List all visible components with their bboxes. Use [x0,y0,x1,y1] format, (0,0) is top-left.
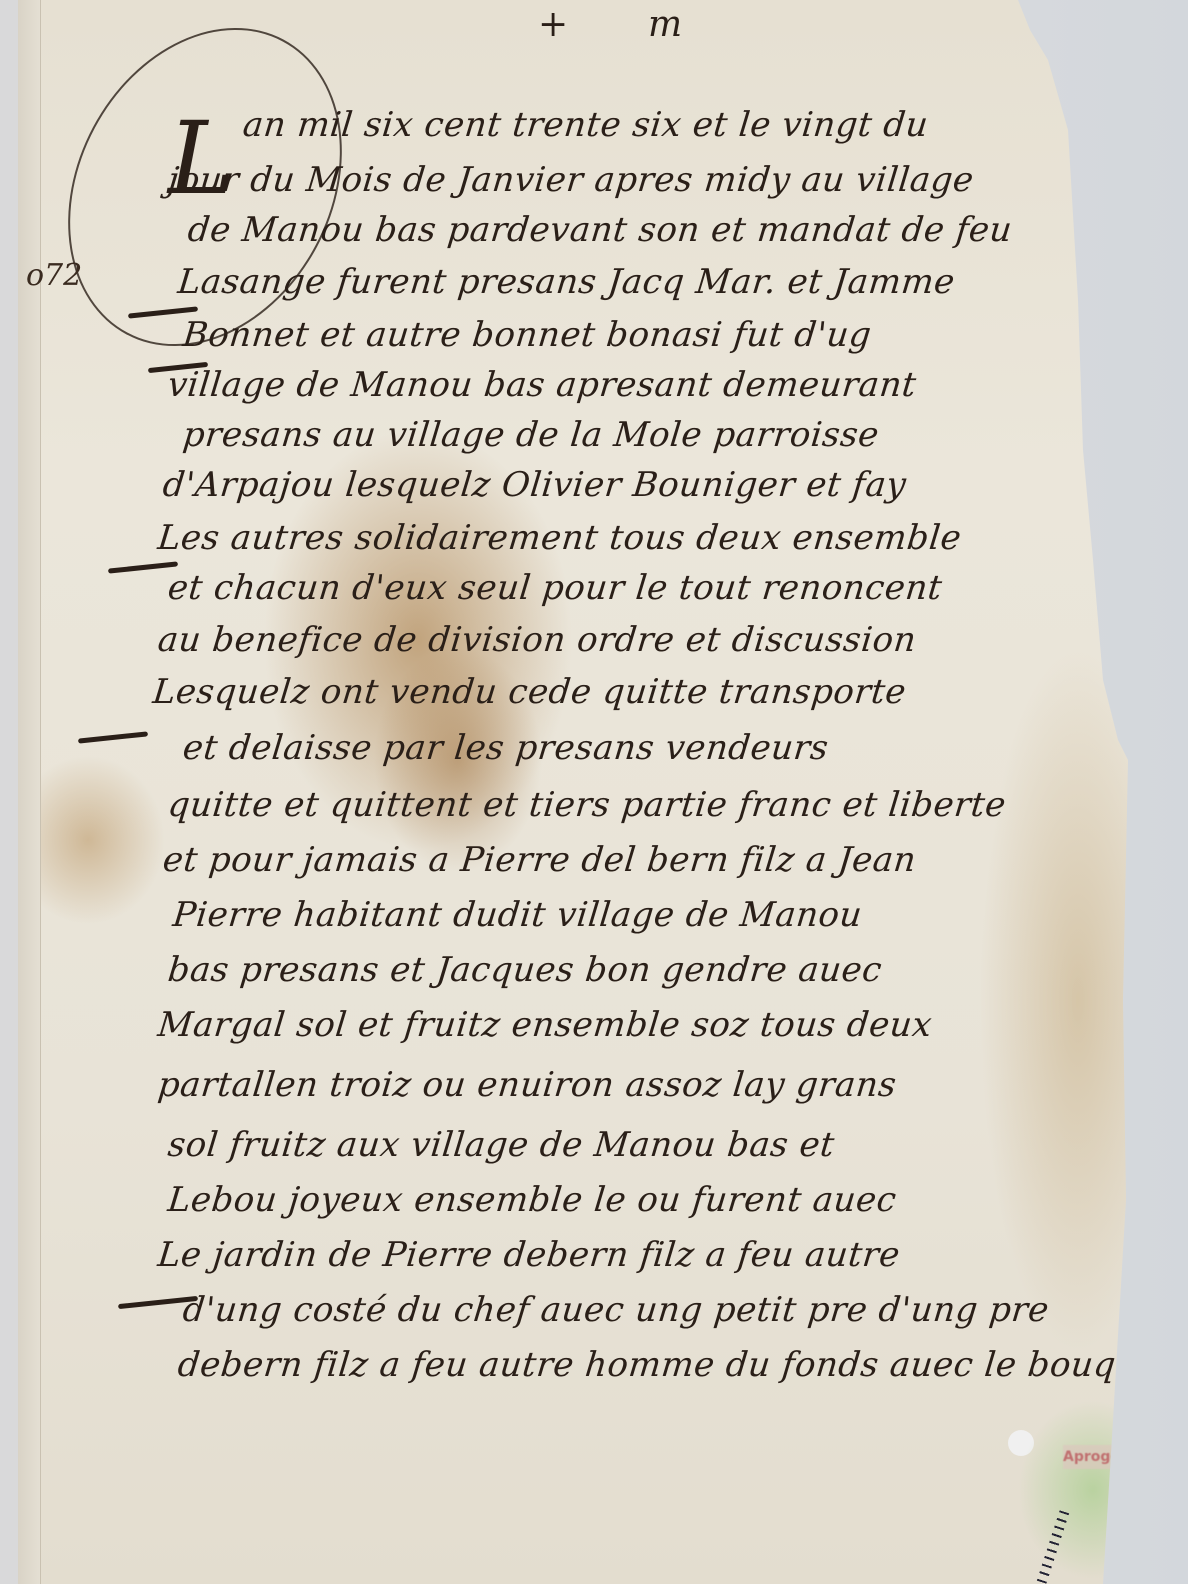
page-spine-edge [18,0,41,1584]
text-line-11: au benefice de division ordre et discuss… [156,620,918,660]
text-line-13: et delaisse par les presans vendeurs [181,728,831,768]
text-line-14: quitte et quittent et tiers partie franc… [166,785,1008,825]
text-line-18: Margal sol et fruitz ensemble soz tous d… [156,1005,934,1045]
text-line-15: et pour jamais a Pierre del bern filz a … [161,840,918,880]
text-line-5: Bonnet et autre bonnet bonasi fut d'ug [181,315,874,355]
text-line-10: et chacun d'eux seul pour le tout renonc… [166,568,944,608]
header-m-mark: m [648,4,682,45]
text-line-3: de Manou bas pardevant son et mandat de … [186,210,1014,250]
text-line-12: Lesquelz ont vendu cede quitte transport… [151,672,908,712]
margin-stroke [78,731,148,743]
text-line-9: Les autres solidairement tous deux ensem… [156,518,963,558]
text-line-7: presans au village de la Mole parroisse [181,415,881,455]
text-line-2: jour du Mois de Janvier apres midy au vi… [166,160,976,200]
text-line-6: village de Manou bas apresant demeurant [166,365,918,405]
text-line-21: Lebou joyeux ensemble le ou furent auec [166,1180,899,1220]
text-line-23: d'ung costé du chef auec ung petit pre d… [181,1290,1051,1330]
text-line-20: sol fruitz aux village de Manou bas et [166,1125,837,1165]
text-line-16: Pierre habitant dudit village de Manou [171,895,864,935]
text-line-19: partallen troiz ou enuiron assoz lay gra… [156,1065,899,1105]
manuscript-page: + m L o72 an mil six cent trente six et … [18,0,1128,1584]
text-line-24: debern filz a feu autre homme du fonds a… [176,1345,1175,1385]
text-line-17: bas presans et Jacques bon gendre auec [166,950,884,990]
text-line-22: Le jardin de Pierre debern filz a feu au… [156,1235,902,1275]
text-line-8: d'Arpajou lesquelz Olivier Bouniger et f… [161,465,908,505]
margin-stroke [108,561,178,573]
text-line-1: an mil six cent trente six et le vingt d… [241,105,930,145]
header-cross-mark: + [538,4,568,45]
margin-note: o72 [26,258,82,293]
text-line-4: Lasange furent presans Jacq Mar. et Jamm… [176,262,957,302]
